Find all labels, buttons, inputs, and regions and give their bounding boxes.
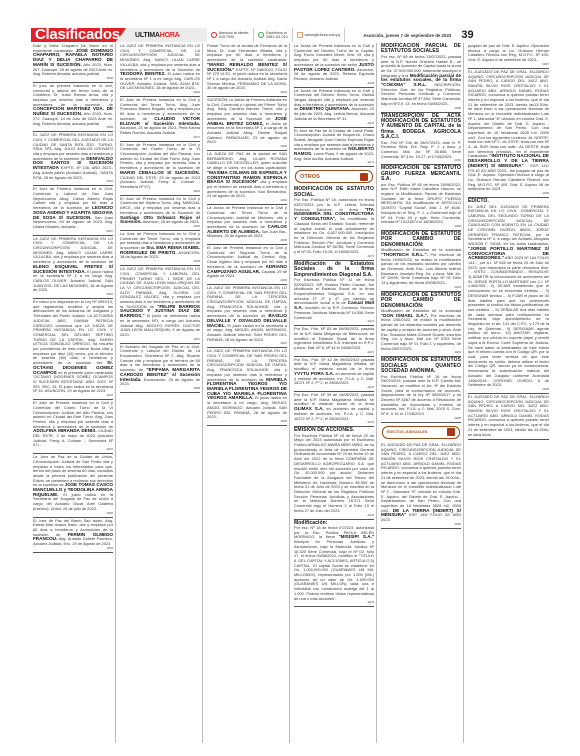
classified-ad: Modificación de Estatutos Sociales de la… xyxy=(294,261,374,327)
ad-text: LA JUEZ DE PRIMERA INSTANCIA EN LO CIVIL… xyxy=(120,43,200,72)
ad-text: Por Escritura Pública Nº 15 de fecha 29 … xyxy=(294,433,374,513)
classified-ad: EL JUZGADO DE PAZ DE GRAL. ELIZARDO AQUI… xyxy=(381,442,461,529)
classified-ad: La Jueza de Primera Instancia en lo Civi… xyxy=(207,205,287,245)
ad-text: EL JUEZ DEL JUZGADO DE PRIMERA INSTANCIA… xyxy=(468,204,549,247)
page-number: 39 xyxy=(461,29,473,41)
classified-ad: MODIFICACIÓN PARCIAL DE ESTATUTOS SOCIAL… xyxy=(381,43,461,113)
classified-ad: SUCESIÓN La Jueza de Primera Instancia e… xyxy=(207,97,287,151)
section-header-edictos-judiciales: EDICTOS JUDICIALES xyxy=(382,426,460,439)
ad-reference: 44474 xyxy=(294,351,374,354)
column-2: LA JUEZ DE PRIMERA INSTANCIA EN LO CIVIL… xyxy=(118,43,203,743)
classified-ad: LA JUEZ DE PRIMERA INSTANCIA EN LO CIVIL… xyxy=(207,285,287,348)
ad-text: LA JUEZA DE PAZ de la ciudad de SAN BERN… xyxy=(207,151,287,170)
classified-ad: En virtud a lo dispuesto en la Ley Nº 49… xyxy=(33,299,113,400)
ad-reference: 44481 xyxy=(381,159,461,162)
contact-email[interactable]: avisos@uhora.com.py xyxy=(293,28,346,42)
classified-ad: LA JUEZA DE PAZ de la ciudad de SAN BERN… xyxy=(207,151,287,205)
classified-ad: juzgado de paz de Gral. E. Aquino. Opera… xyxy=(468,43,549,69)
classified-ad: Por Esc. Púb. Nº 83 de 06/06/2023, pasad… xyxy=(294,326,374,357)
classified-ad: El Juez de Primera Instancia en lo Civil… xyxy=(120,142,200,196)
classified-ad: Modificación:Por esc. Nº 18 de fecha 07/… xyxy=(294,520,374,608)
ad-reference: 44453 xyxy=(33,448,113,451)
classified-ad: MODIFICACIÓN DE ESTATUTO GRUPO FUERZA ME… xyxy=(381,165,461,231)
classified-ad: Por Esc. Púb. Nº 39 de 16/06/2023, pasad… xyxy=(294,392,374,427)
ad-text-end: Inscripto en la R.P. Comercio Sección Pe… xyxy=(294,305,374,319)
ad-reference: 44478 xyxy=(294,514,374,517)
ad-reference: 44462 xyxy=(207,91,287,94)
ad-title: MODIFICACIÓN DE ESTATUTOS POR CAMBIO DE … xyxy=(381,293,461,309)
ad-reference: 44484 xyxy=(381,351,461,354)
ad-text: Por Escritura Pública Nº 16 de fecha 25/… xyxy=(381,374,461,417)
ad-reference: 44538 xyxy=(33,77,113,80)
ad-reference: 44479 xyxy=(294,601,374,604)
ad-title: MODIFICACIÓN DE ESTATUTO GRUPO FUERZA ME… xyxy=(381,166,461,182)
ad-text: EL JUZGADO DE PAZ DE GRAL. ELIZARDO AQUI… xyxy=(468,69,549,159)
ad-reference: 44487 xyxy=(468,63,549,66)
classified-ad: Por Esc. Púb. Nº 42 de 09/06/2023 pasada… xyxy=(294,357,374,392)
ad-reference: 44371 xyxy=(120,136,200,139)
classified-ad: LA JUEZ DE PRIMERA INSTANCIA EN LO CIVIL… xyxy=(207,348,287,426)
classified-ad: La Jueza de Primera Instancia en lo Civi… xyxy=(294,43,374,88)
ad-reference: 44485 xyxy=(381,417,461,420)
ad-text: por Esc. Pública Nº 65 de fecha 26/06/20… xyxy=(381,182,461,225)
logo-accent: HORA xyxy=(160,32,180,39)
ad-text-end: Asunción, 25 de agosto de 2023. xyxy=(143,219,200,224)
ad-text: LA JUEZ DE PRIMERA INSTANCIA EN LO CIVIL… xyxy=(33,236,113,265)
ad-text: Por Esc. Pública Nº 18, autorizada en fe… xyxy=(294,197,374,211)
classified-ad: El Juez de Paz de la Ciudad de Loma Plat… xyxy=(294,128,374,168)
section-icon xyxy=(447,428,455,436)
classified-ad: El Juez de Primera Instancia en lo Civil… xyxy=(207,245,287,285)
ad-reference: 44467 xyxy=(207,342,287,345)
ad-text-end: Asunción, 23 de agosto de 2023. Perla Ka… xyxy=(120,125,200,135)
newspaper-logo: ULTIMAHORA xyxy=(117,28,207,42)
classified-ad: EDICTO.EL JUEZ DEL JUZGADO DE PRIMERA IN… xyxy=(468,198,549,394)
ad-text: El Juez de Primera Instancia en lo Civil… xyxy=(120,196,200,215)
ad-text: EL JUZGADO DE PAZ DE GRAL. ELIZARDO AQUI… xyxy=(381,442,461,513)
classified-ad: MODIFICACIÓN DE ESTATUTO SOCIAL.Por Esc.… xyxy=(294,186,374,260)
ad-reference: 44458 xyxy=(120,387,200,390)
classified-ad: MODIFICACIÓN DE ESTATUTOS SOCIALES QUANT… xyxy=(381,357,461,423)
ad-reference: 44457 xyxy=(120,338,200,341)
ad-text: Por Esc. Púb. Nº 42 de 09/06/2023 pasada… xyxy=(294,357,374,371)
classified-ad: El Juez de Primera Instancia en lo Civil… xyxy=(120,196,200,231)
classified-ad: LA JUEZ DE PRIMERA INSTANCIA EN LO CIVIL… xyxy=(120,43,200,97)
ad-reference: 44456 xyxy=(120,260,200,263)
classified-ad: El Juez de Primera Instancia en lo Civil… xyxy=(33,400,113,454)
ad-reference: 44489 xyxy=(468,388,549,391)
classified-ad: TRANSCRIPCIÓN DE ACTA MODIFICACIÓN DE ES… xyxy=(381,113,461,166)
section-label: OTROS xyxy=(300,174,320,180)
ad-text: El juez de primera instancia en lo civil… xyxy=(33,83,113,107)
ad-reference: 44463 xyxy=(207,145,287,148)
ad-text: El Juez de Primera Instancia en lo Civil… xyxy=(33,400,113,429)
classified-ad: Primer Turno de la ciudad de Fernando de… xyxy=(207,43,287,97)
ad-reference: 44473 xyxy=(294,320,374,323)
classified-ad: El Juez de Paz del Barrio San Isidro, Ab… xyxy=(33,518,113,553)
classified-ad: MODIFICACIÓN DE ESTATUTOS POR CAMBIO DE … xyxy=(381,292,461,358)
ad-text-end: Por escritura de fecha 1/06/2022, se rea… xyxy=(381,313,461,351)
classified-ad: EMISIÓN DE ACCIONES.Por Escritura Públic… xyxy=(294,427,374,519)
ad-reference: 44475 xyxy=(294,386,374,389)
ad-text: Por Esc. Púb. Nº 39 de 16/06/2023, pasad… xyxy=(294,392,374,406)
ad-title: Modificación de Estatutos Sociales de la… xyxy=(294,262,374,278)
column-3: Primer Turno de la ciudad de Fernando de… xyxy=(205,43,290,743)
ad-text: LA JUEZ DE PRIMERA INSTANCIA EN LO CIVIL… xyxy=(120,266,200,309)
classified-ad: LA JUEZ DE PRIMERA INSTANCIA EN LO CIVIL… xyxy=(33,236,113,299)
classified-ad: La Jueza de Primera Instancia en lo Civi… xyxy=(294,88,374,128)
ad-reference: 44465 xyxy=(207,239,287,242)
whatsapp-icon xyxy=(258,32,264,38)
ad-reference: 44528 xyxy=(33,512,113,515)
mail-icon xyxy=(297,32,303,38)
contact-phone[interactable]: Atención al cliente:415 7000 xyxy=(207,28,254,42)
logo-main: ULTIMA xyxy=(135,32,160,39)
ad-reference: 44539 xyxy=(33,126,113,129)
section-icon xyxy=(360,173,368,181)
ad-text: EL JUZGADO DE PAZ DE GRAL. ELIZARDO AQUI… xyxy=(468,394,549,437)
section-label: EDICTOS JUDICIALES xyxy=(387,430,427,434)
classified-ad: Díaz y Delia Chaparro De Marín en el exp… xyxy=(33,43,113,83)
section-title: Clasificados xyxy=(31,28,127,42)
ad-text-end: CIUDAD DEL ESTE, 23 de agosto de 2023 (A… xyxy=(120,175,200,189)
contact-whatsapp[interactable]: Escribinos al0981 111 013 xyxy=(254,28,292,42)
ad-text: En virtud a lo dispuesto en la Ley Nº 49… xyxy=(33,299,113,365)
ad-reference: 44483 xyxy=(381,286,461,289)
ad-reference: 44464 xyxy=(207,199,287,202)
ad-reference: 44444 xyxy=(33,394,113,397)
ad-text: Por Esc. Púb. Nº 83 de 06/06/2023, pasad… xyxy=(294,326,374,350)
ad-text-end: AÑO 2023 Nº 164 FOLIO 144 -, por A.I. Nº… xyxy=(468,255,549,387)
ad-reference: 44526 xyxy=(120,91,200,94)
ad-reference: 44469 xyxy=(294,82,374,85)
column-1: Díaz y Delia Chaparro De Marín en el exp… xyxy=(31,43,116,743)
ad-reference: 44524 xyxy=(33,180,113,183)
ad-text: El Juez de Primera Instancia en lo Civil… xyxy=(120,142,200,171)
section-header-otros: OTROS xyxy=(295,170,373,183)
ad-text: juzgado de paz de Gral. E. Aquino. Opera… xyxy=(468,43,549,62)
classified-ad: El Actuario del Juzgado de Paz en lo Civ… xyxy=(120,344,200,393)
ad-text-end: ha modificado la Cláusula Sexta del Esta… xyxy=(294,216,374,254)
column-5: MODIFICACIÓN PARCIAL DE ESTATUTOS SOCIAL… xyxy=(379,43,464,743)
ad-title: MODIFICACIÓN DE ESTATUTOS SOCIALES QUANT… xyxy=(381,358,461,374)
ad-reference: 44480 xyxy=(381,107,461,110)
ad-reference: 44454 xyxy=(120,190,200,193)
ad-reference: 44472 xyxy=(294,255,374,258)
page-header: Clasificados ULTIMAHORA Atención al clie… xyxy=(31,28,563,42)
classifieds-columns: Díaz y Delia Chaparro De Marín en el exp… xyxy=(31,43,563,743)
ad-reference: 44482 xyxy=(381,225,461,228)
classified-ad: El Juez de Primera Instancia en lo Civil… xyxy=(33,186,113,235)
ad-text-end: - EXP. 141/ FOLIO 02/ AÑO 2023.- del juz… xyxy=(468,163,549,192)
classified-ad: LA JUEZ DE PRIMERA INSTANCIA EN LO CIVIL… xyxy=(120,266,200,344)
classified-ad: EL JUZGADO DE PAZ DE GRAL. ELIZARDO AQUI… xyxy=(468,69,549,198)
column-4: La Jueza de Primera Instancia en lo Civi… xyxy=(292,43,377,743)
ad-reference: 44488 xyxy=(468,192,549,195)
ad-reference: 44468 xyxy=(207,420,287,423)
ad-text: Primer Turno de la ciudad de Fernando de… xyxy=(207,43,287,62)
phone-icon xyxy=(211,32,217,38)
ad-reference: 44470 xyxy=(294,122,374,125)
ad-text: Esc. Púb Nº 240 de 28/07/2023, ante N. P… xyxy=(381,140,461,159)
ad-title: MODIFICACIÓN DE ESTATUTOS POR CAMBIO DE … xyxy=(381,232,461,248)
classified-ad: EL JUEZ DE PRIMERA INSTANCIA EN LO CIVIL… xyxy=(33,132,113,186)
ad-reference: 44527 xyxy=(33,230,113,233)
classified-ad: La Juez de Primera Instancia en lo Civil… xyxy=(120,231,200,266)
ad-reference: 44455 xyxy=(120,225,200,228)
classified-ad: EL JUZGADO DE PAZ DE GRAL. ELIZARDO AQUI… xyxy=(468,394,549,440)
ad-reference: 44525 xyxy=(33,293,113,296)
ad-reference: 44476 xyxy=(294,421,374,424)
ad-reference: 44529 xyxy=(33,547,113,550)
ad-reference: 44466 xyxy=(207,279,287,282)
classified-ad: La Juez de Paz de la Ciudad de Unión, Ci… xyxy=(33,454,113,517)
classified-ad: El juez de primera instancia en lo civil… xyxy=(33,83,113,132)
column-6: juzgado de paz de Gral. E. Aquino. Opera… xyxy=(466,43,551,743)
ad-text-end: Por escritura de fecha 16/05/2023, se re… xyxy=(381,252,461,285)
ad-title: TRANSCRIPCIÓN DE ACTA MODIFICACIÓN DE ES… xyxy=(381,114,461,141)
publication-date: Asunción, jueves 7 de septiembre de 2023 xyxy=(363,33,451,38)
ad-reference: 44486 xyxy=(381,523,461,526)
ad-reference: 44471 xyxy=(294,161,374,164)
classified-ad: MODIFICACIÓN DE ESTATUTOS POR CAMBIO DE … xyxy=(381,231,461,292)
classified-ad: El Juez de Primera Instancia en lo Civil… xyxy=(120,97,200,142)
ad-text-end: Inscripta en Personas Jurídicas y Asocia… xyxy=(294,539,374,600)
